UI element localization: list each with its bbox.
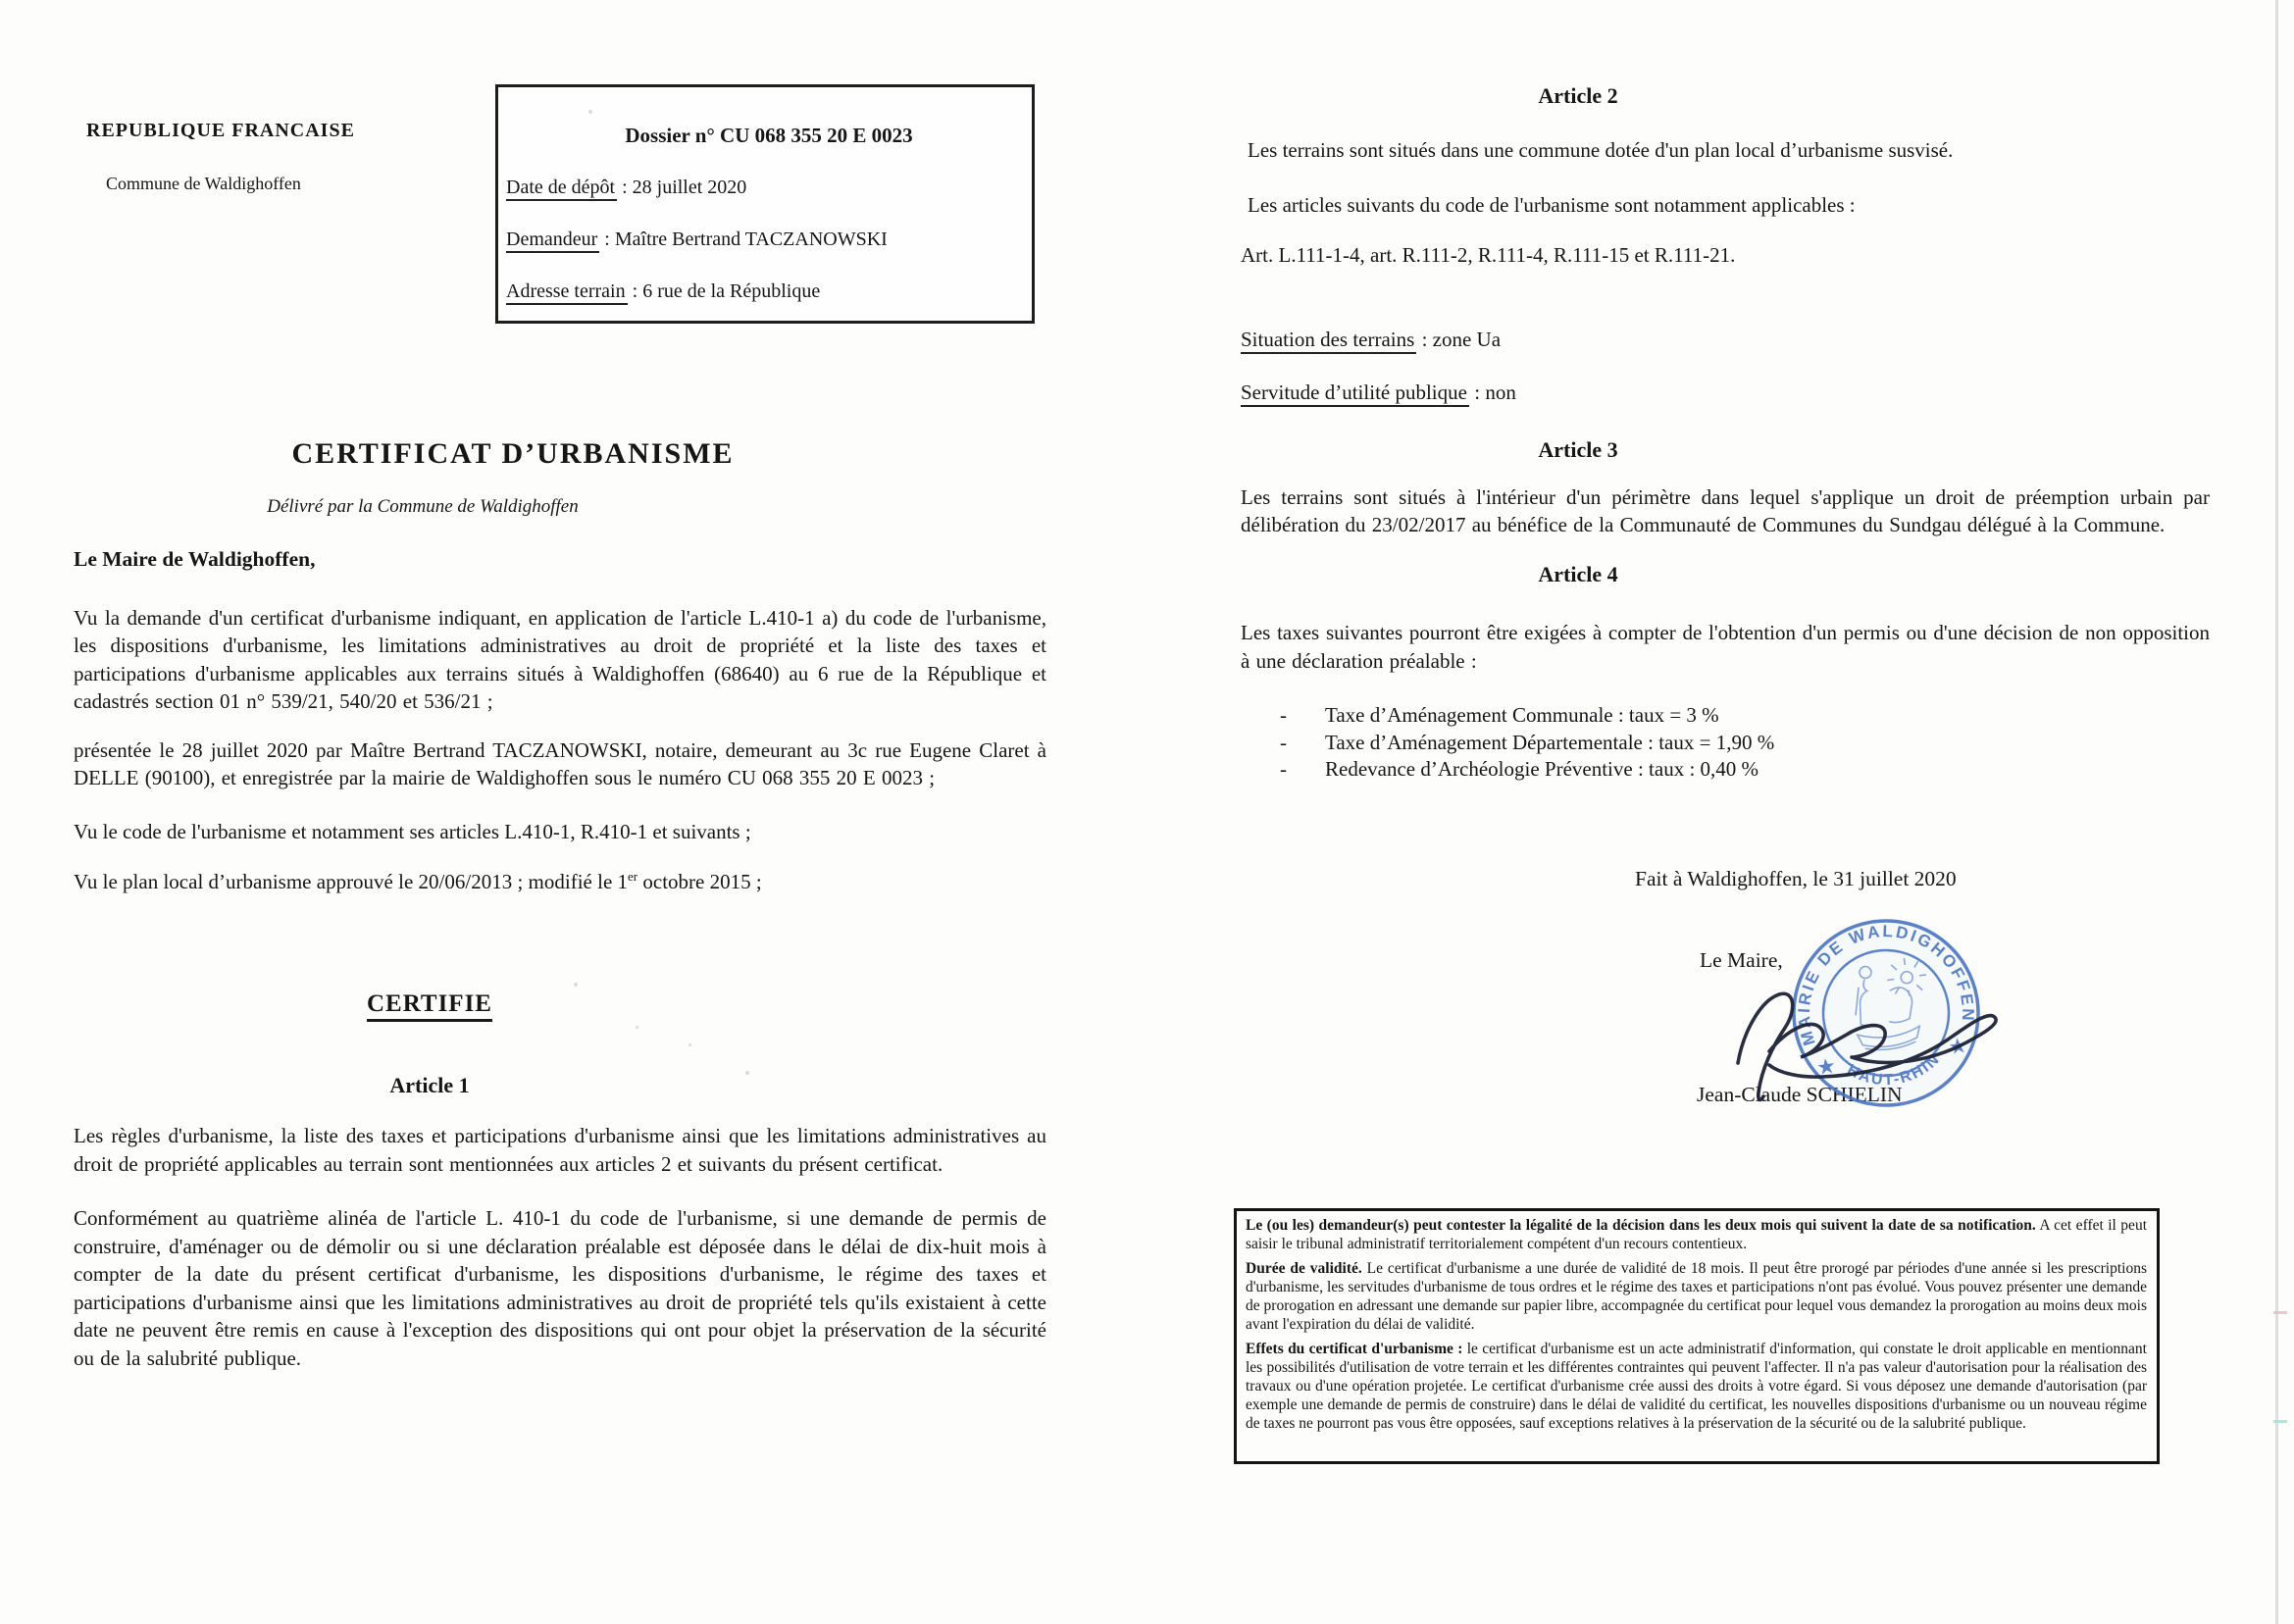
notice-validity-paragraph: Durée de validité. Le certificat d'urban… [1246,1259,2147,1334]
scan-speck [588,110,592,114]
situation-sep: : [1416,328,1432,351]
scan-tint-pink [2273,1311,2287,1314]
tax-communale: Taxe d’Aménagement Communale : taux = 3 … [1325,702,1719,730]
scan-speck [745,1071,749,1075]
place-date-line: Fait à Waldighoffen, le 31 juillet 2020 [1635,865,2210,893]
visa-paragraph-4: Vu le plan local d’urbanisme approuvé le… [74,863,1046,896]
list-item: -Taxe d’Aménagement Communale : taux = 3… [1241,702,2210,730]
scan-edge-line [2275,0,2278,1624]
servitude-row: Servitude d’utilité publique : non [1241,379,2210,407]
list-dash: - [1280,702,1325,730]
visa4-text-before: Vu le plan local d’urbanisme approuvé le… [74,870,628,893]
article3-paragraph: Les terrains sont situés à l'intérieur d… [1241,483,2210,539]
applicable-codes-line: Art. L.111-1-4, art. R.111-2, R.111-4, R… [1241,241,2210,270]
scan-speck [574,983,578,987]
article4-heading: Article 4 [1094,561,2063,589]
list-dash: - [1280,756,1325,784]
situation-value: zone Ua [1433,328,1501,351]
certifie-text: CERTIFIE [367,990,492,1022]
servitude-sep: : [1469,381,1485,404]
article4-intro: Les taxes suivantes pourront être exigée… [1241,619,2210,675]
visa4-text-after: octobre 2015 ; [637,870,762,893]
article2-heading: Article 2 [1094,82,2063,111]
list-item: -Taxe d’Aménagement Départementale : tau… [1241,730,2210,757]
left-page-column: CERTIFICAT D’URBANISME Délivré par la Co… [74,0,1046,1372]
article1-paragraph-1: Les règles d'urbanisme, la liste des tax… [74,1122,1046,1178]
article2-paragraph-2: Les articles suivants du code de l'urban… [1241,191,2210,220]
document-subtitle: Délivré par la Commune de Waldighoffen [0,493,909,521]
signature [1705,967,2028,1114]
tax-list: -Taxe d’Aménagement Communale : taux = 3… [1241,702,2210,784]
servitude-value: non [1485,381,1516,404]
visa-paragraph-1: Vu la demande d'un certificat d'urbanism… [74,604,1046,716]
certifie-heading: CERTIFIE [0,989,916,1020]
situation-label: Situation des terrains [1241,328,1416,354]
notice-contest-bold: Le (ou les) demandeur(s) peut contester … [1246,1217,2036,1234]
scanned-document-page: REPUBLIQUE FRANCAISE Commune de Waldigho… [0,0,2294,1624]
article2-paragraph-1: Les terrains sont situés dans une commun… [1241,136,2210,165]
list-item: -Redevance d’Archéologie Préventive : ta… [1241,756,2210,784]
scan-speck [688,1043,691,1046]
notice-effects-paragraph: Effets du certificat d'urbanisme : le ce… [1246,1340,2147,1433]
article1-paragraph-2: Conformément au quatrième alinéa de l'ar… [74,1204,1046,1372]
visa-paragraph-2: présentée le 28 juillet 2020 par Maître … [74,736,1046,792]
list-dash: - [1280,730,1325,757]
right-page-column: Article 2 Les terrains sont situés dans … [1241,0,2210,1108]
notice-validity-bold: Durée de validité. [1246,1260,1362,1277]
scan-speck [636,1026,638,1029]
notice-contest-paragraph: Le (ou les) demandeur(s) peut contester … [1246,1216,2147,1253]
notice-validity-rest: Le certificat d'urbanisme a une durée de… [1246,1260,2147,1333]
visa4-superscript: er [628,869,637,884]
visa-paragraph-3: Vu le code de l'urbanisme et notamment s… [74,818,1046,846]
scan-tint-teal [2273,1420,2287,1423]
notice-effects-bold: Effets du certificat d'urbanisme : [1246,1341,1462,1357]
redevance-archeologie: Redevance d’Archéologie Préventive : tau… [1325,756,1759,784]
article1-heading: Article 1 [0,1072,916,1100]
servitude-label: Servitude d’utilité publique [1241,381,1469,407]
tax-departementale: Taxe d’Aménagement Départementale : taux… [1325,730,1774,757]
article3-heading: Article 3 [1094,436,2063,465]
salutation: Le Maire de Waldighoffen, [74,545,1046,574]
document-title: CERTIFICAT D’URBANISME [26,435,999,473]
legal-notice-box: Le (ou les) demandeur(s) peut contester … [1234,1208,2160,1464]
situation-terrains-row: Situation des terrains : zone Ua [1241,326,2210,354]
